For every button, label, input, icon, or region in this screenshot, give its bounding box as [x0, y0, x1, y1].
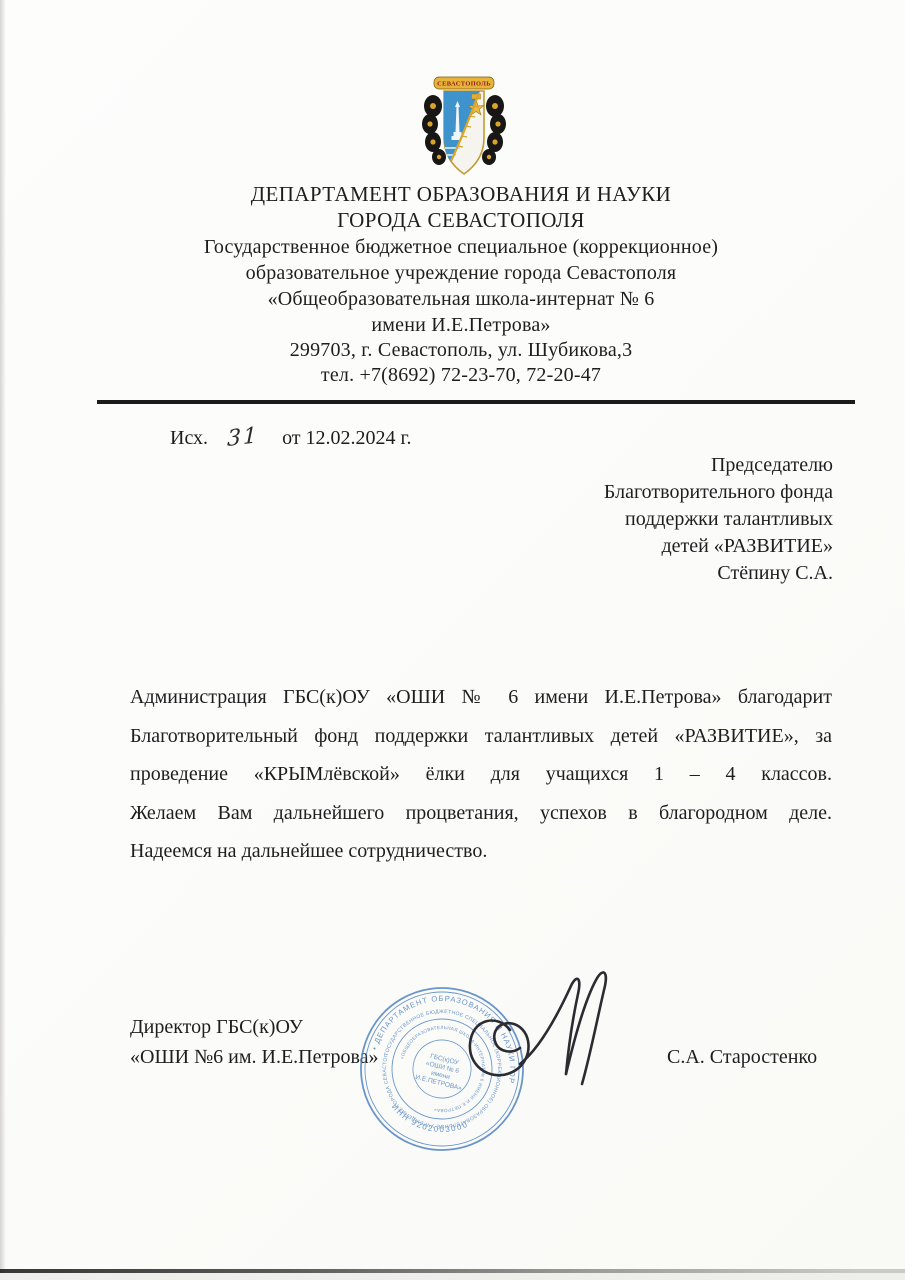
- ref-number-handwritten: 31: [227, 423, 259, 452]
- body-line: Надеемся на дальнейшее сотрудничество.: [130, 832, 832, 871]
- addressee-name: Стёпину С.А.: [604, 560, 833, 587]
- signer-name: С.А. Старостенко: [667, 1046, 817, 1069]
- org-name-line: «Общеобразовательная школа-интернат № 6: [61, 288, 861, 311]
- scan-bottom-strip: [0, 1273, 905, 1280]
- addressee-block: Председателю Благотворительного фонда по…: [604, 452, 833, 587]
- body-line: Желаем Вам дальнейшего процветания, успе…: [130, 794, 832, 833]
- ref-date: от 12.02.2024 г.: [282, 427, 411, 449]
- body-line: проведение «КРЫМлёвской» ёлки для учащих…: [130, 755, 832, 794]
- dept-name-line1: ДЕПАРТАМЕНТ ОБРАЗОВАНИЯ И НАУКИ: [61, 182, 861, 207]
- shield: [444, 91, 484, 174]
- city-name-ribbon: СЕВАСТОПОЛЬ: [434, 77, 494, 89]
- scanned-letter-page: СЕВАСТОПОЛЬ ДЕПАРТАМЕНТ ОБРАЗОВАНИЯ И НА…: [0, 0, 905, 1280]
- body-line: Благотворительный фонд поддержки талантл…: [130, 717, 832, 756]
- sevastopol-coat-of-arms: СЕВАСТОПОЛЬ: [418, 76, 510, 180]
- addressee-line: детей «РАЗВИТИЕ»: [604, 533, 833, 560]
- org-address-line: 299703, г. Севастополь, ул. Шубикова,3: [61, 339, 861, 362]
- signer-title-block: Директор ГБС(к)ОУ «ОШИ №6 им. И.Е.Петров…: [130, 1012, 379, 1072]
- org-name-line: имени И.Е.Петрова»: [61, 314, 861, 337]
- director-signature-autograph: [432, 952, 652, 1122]
- addressee-line: Председателю: [604, 452, 833, 479]
- dept-name-line2: ГОРОДА СЕВАСТОПОЛЯ: [61, 208, 861, 233]
- mantling-right-decoration: [482, 95, 506, 165]
- signer-title-line2: «ОШИ №6 им. И.Е.Петрова»: [130, 1042, 379, 1072]
- addressee-line: поддержки талантливых: [604, 506, 833, 533]
- addressee-line: Благотворительного фонда: [604, 479, 833, 506]
- ribbon-label: СЕВАСТОПОЛЬ: [437, 81, 491, 88]
- scan-left-edge-shadow: [0, 0, 6, 1280]
- org-phone-line: тел. +7(8692) 72-23-70, 72-20-47: [61, 364, 861, 387]
- org-name-line: Государственное бюджетное специальное (к…: [61, 236, 861, 259]
- body-line: Администрация ГБС(к)ОУ «ОШИ № 6 имени И.…: [130, 678, 832, 717]
- letter-body: Администрация ГБС(к)ОУ «ОШИ № 6 имени И.…: [130, 678, 832, 871]
- org-name-line: образовательное учреждение города Севаст…: [61, 262, 861, 285]
- ref-label: Исх.: [170, 427, 208, 449]
- header-divider-rule: [97, 400, 855, 404]
- mantling-left-decoration: [422, 95, 446, 165]
- ref-line: Исх. 31 от 12.02.2024 г.: [170, 425, 412, 450]
- signer-title-line1: Директор ГБС(к)ОУ: [130, 1012, 379, 1042]
